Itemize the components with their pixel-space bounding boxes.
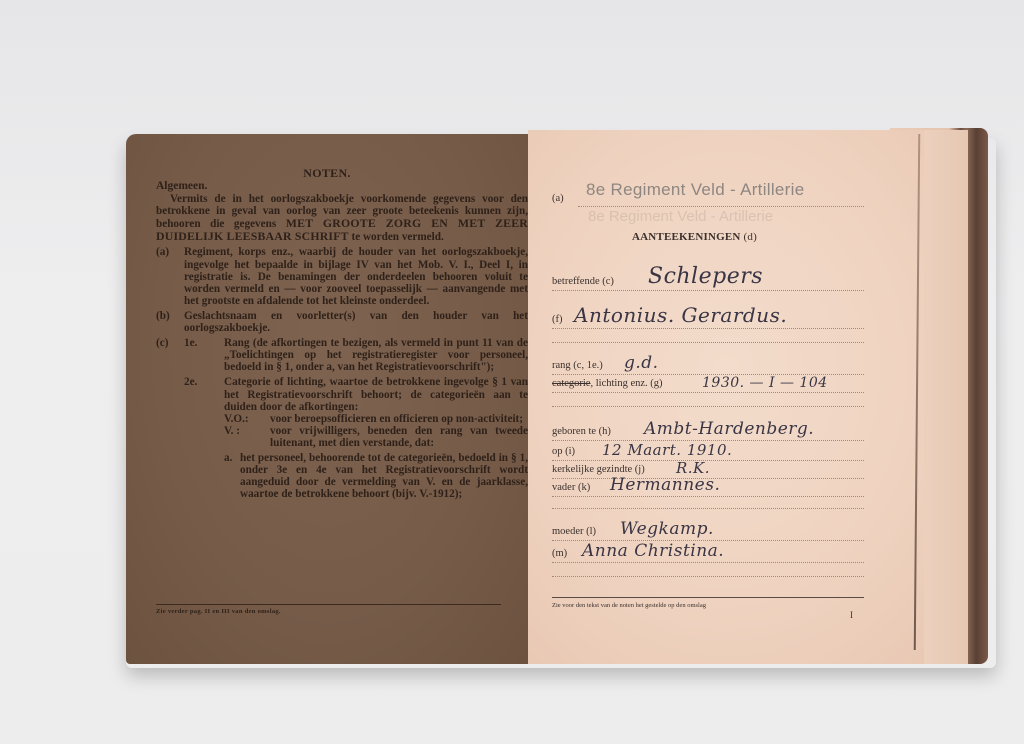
blank-dotted-line	[552, 576, 864, 577]
code-label: V. :	[224, 425, 270, 449]
field-birthplace: geboren te (h) Ambt-Hardenberg.	[552, 420, 864, 441]
field-value-handwritten: g.d.	[624, 353, 659, 373]
field-value-handwritten: Antonius. Gerardus.	[574, 303, 787, 327]
annotations-heading: AANTEEKENINGEN (d)	[632, 231, 757, 243]
field-label: vader (k)	[552, 482, 590, 493]
sub-text: Rang (de afkortingen te bezigen, als ver…	[224, 337, 528, 373]
note-text: Geslachtsnaam en voorletter(s) van den h…	[184, 310, 528, 334]
field-label: betreffende (c)	[552, 276, 614, 287]
field-value-handwritten: Anna Christina.	[582, 541, 724, 561]
note-c-sub-2: 2e. Categorie of lichting, waartoe de be…	[184, 376, 528, 449]
note-item-c: (c) 1e. Rang (de afkortingen te bezigen,…	[156, 337, 528, 500]
field-value-handwritten: 12 Maart. 1910.	[602, 441, 732, 459]
blank-dotted-line	[552, 508, 864, 509]
field-label: rang (c, 1e.)	[552, 360, 603, 371]
field-label: moeder (l)	[552, 526, 596, 537]
note-item-b: (b) Geslachtsnaam en voorletter(s) van d…	[156, 310, 528, 334]
alpha-text: het personeel, behoorende tot de categor…	[240, 452, 528, 500]
blank-dotted-line	[552, 406, 864, 407]
left-footer-note: Zie verder pag. II en III van den omslag…	[156, 608, 281, 615]
code-text: voor vrijwilligers, beneden den rang van…	[270, 425, 528, 449]
sub-label: 1e.	[184, 337, 224, 373]
category-code-v: V. : voor vrijwilligers, beneden den ran…	[224, 425, 528, 449]
note-c-alpha-a: a. het personeel, behoorende tot de cate…	[224, 452, 528, 500]
note-label: (c)	[156, 337, 184, 500]
page-number: I	[850, 610, 853, 620]
general-text-2: te worden vermeld.	[351, 231, 443, 243]
field-value-handwritten: Wegkamp.	[620, 519, 714, 539]
sub-2-body: Categorie of lichting, waartoe de betrok…	[224, 376, 528, 449]
folded-page-edge	[924, 130, 968, 664]
field-category-lichting: categorie, lichting enz. (g) 1930. — I —…	[552, 372, 864, 393]
left-page-notes: NOTEN. Algemeen. Vermits de in het oorlo…	[126, 134, 528, 664]
alpha-label: a.	[224, 452, 240, 500]
field-value-handwritten: Schlepers	[648, 264, 763, 289]
category-code-vo: V.O.: voor beroepsofficieren en officier…	[224, 413, 528, 425]
note-text: Regiment, korps enz., waarbij de houder …	[184, 246, 528, 306]
general-heading: Algemeen.	[156, 180, 528, 192]
field-mother-given-names: (m) Anna Christina.	[552, 542, 864, 563]
field-value-handwritten: Ambt-Hardenberg.	[644, 419, 814, 439]
field-label: (f)	[552, 314, 563, 325]
field-label: op (i)	[552, 446, 575, 457]
field-label: (m)	[552, 548, 567, 559]
notes-title: NOTEN.	[126, 166, 528, 181]
note-c-body: 1e. Rang (de afkortingen te bezigen, als…	[184, 337, 528, 500]
heading-suffix: (d)	[744, 231, 757, 243]
field-given-names: (f) Antonius. Gerardus.	[552, 308, 864, 329]
note-label: (b)	[156, 310, 184, 334]
footer-divider	[156, 604, 501, 605]
field-mother-surname: moeder (l) Wegkamp.	[552, 520, 864, 541]
note-c-sub-1: 1e. Rang (de afkortingen te bezigen, als…	[184, 337, 528, 373]
sub-text: Categorie of lichting, waartoe de betrok…	[224, 376, 528, 412]
notes-body: Algemeen. Vermits de in het oorlogszakbo…	[156, 180, 528, 500]
heading-text: AANTEEKENINGEN	[632, 231, 741, 243]
note-label: (a)	[156, 246, 184, 306]
field-surname: betreffende (c) Schlepers	[552, 270, 864, 291]
field-label: kerkelijke gezindte (j)	[552, 464, 645, 475]
code-text: voor beroepsofficieren en officieren op …	[270, 413, 528, 425]
regiment-stamp: 8e Regiment Veld - Artillerie	[586, 180, 804, 200]
ghost-stamp-impression: 8e Regiment Veld - Artillerie	[588, 208, 773, 225]
blank-dotted-line	[552, 342, 864, 343]
field-a-label: (a)	[552, 193, 564, 204]
note-item-a: (a) Regiment, korps enz., waarbij de hou…	[156, 246, 528, 306]
field-a-line	[578, 206, 864, 207]
fold-line	[914, 134, 921, 650]
footer-divider	[552, 597, 864, 598]
field-value-handwritten: Hermannes.	[610, 475, 720, 495]
field-father: vader (k) Hermannes.	[552, 476, 864, 497]
sub-label: 2e.	[184, 376, 224, 449]
general-paragraph: Vermits de in het oorlogszakboekje voork…	[156, 193, 528, 243]
right-page-annotations: (a) 8e Regiment Veld - Artillerie 8e Reg…	[528, 130, 968, 664]
code-label: V.O.:	[224, 413, 270, 425]
field-value-handwritten: 1930. — I — 104	[702, 375, 828, 391]
struck-label: categorie	[552, 378, 590, 389]
right-footer-note: Zie voor den tekst van de noten het gest…	[552, 602, 706, 609]
label-rest: , lichting enz. (g)	[590, 378, 662, 389]
field-label: geboren te (h)	[552, 426, 611, 437]
field-label: categorie, lichting enz. (g)	[552, 378, 663, 389]
